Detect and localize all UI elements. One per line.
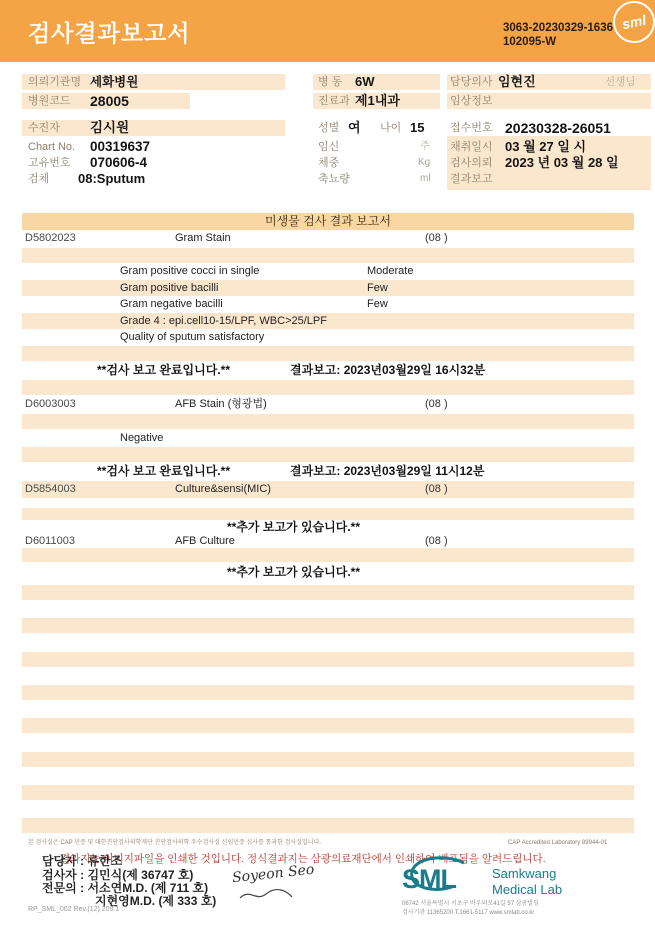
value-hospital-code: 28005 [90,93,129,109]
value-unique-no: 070606-4 [90,155,147,171]
unit-ml: ml [420,171,431,187]
empty-row [22,508,634,520]
test-code: D6011003 [25,534,75,548]
empty-row [22,618,634,633]
specimen-code: (08 ) [425,534,448,548]
value-ward: 6W [355,74,375,90]
value-sex: 여 [348,120,361,136]
unit-kg: Kg [418,155,430,171]
empty-row [22,652,634,667]
label-request-date: 검사의뢰 [450,155,493,171]
completion-notice: **검사 보고 완료입니다.** [97,361,230,380]
unit-weeks: 주 [420,139,430,155]
label-unique-no: 고유번호 [28,155,71,171]
empty-row [22,718,634,733]
test-name: AFB Stain (형광법) [175,395,267,414]
sml-address: 06742 서울특별시 서초구 바우뫼로41길 57 삼광빌딩 [402,898,539,907]
report-number-suffix: 102095-W [503,36,556,48]
test-name: Culture&sensi(MIC) [175,481,271,498]
lab-report-page: 검사결과보고서 3063-20230329-1636 102095-W sml … [0,0,655,925]
value-doctor: 임현진 [498,74,536,90]
report-timestamp: 결과보고: 2023년03월29일 16시32분 [290,361,485,380]
empty-row [22,818,634,833]
table-row-detail: Quality of sputum satisfactory [22,329,634,346]
label-urine-volume: 축뇨량 [318,171,350,187]
detail-name: Gram negative bacilli [120,296,223,313]
empty-row [22,585,634,600]
test-name: Gram Stain [175,230,231,247]
label-clinical-info: 임상정보 [450,93,493,109]
table-row-detail: Grade 4 : epi.cell10-15/LPF, WBC>25/LPF [22,313,634,329]
label-chart-no: Chart No. [28,139,75,155]
value-request-date: 2023 년 03 월 28 일 [505,155,619,171]
sml-company-name-2: Medical Lab [492,882,562,897]
empty-row [22,248,634,263]
value-collection-date: 03 월 27 일 시 [505,139,586,155]
empty-row [22,685,634,700]
table-row-notice: **추가 보고가 있습니다.** [22,520,634,534]
suffix-doctor: 선생님 [605,74,635,90]
report-number: 3063-20230329-1636 [503,22,613,34]
label-patient: 수진자 [28,120,60,136]
label-weight: 체중 [318,155,339,171]
detail-value: Few [367,280,388,297]
label-age: 나이 [380,120,401,136]
detail-name: Gram positive bacilli [120,280,218,297]
table-row-detail: Gram negative bacilli Few [22,296,634,313]
label-doctor: 담당의사 [450,74,493,90]
empty-row [22,346,634,361]
strip-patient-name [22,120,285,136]
value-specimen: 08:Sputum [78,171,145,187]
label-specimen: 검체 [28,171,49,187]
table-row-test: D6003003 AFB Stain (형광법) (08 ) [22,395,634,414]
table-row-test: D5802023 Gram Stain (08 ) [22,230,634,247]
test-code: D5854003 [25,481,76,498]
empty-row [22,752,634,767]
label-sex: 성별 [318,120,339,136]
label-report-date: 결과보고 [450,171,493,187]
test-code: D6003003 [25,395,76,414]
sml-contact: 검사기관 11365200 T.1661-5117 www.smlab.co.k… [402,907,534,916]
detail-name: Quality of sputum satisfactory [120,329,264,346]
empty-row [22,414,634,429]
detail-value: Moderate [367,263,413,280]
table-row-test: D6011003 AFB Culture (08 ) [22,534,634,548]
sml-company-name: Samkwang [492,866,556,881]
sml-logo-text: SML [402,864,456,895]
signature-scribble-icon [236,886,296,904]
value-patient: 김시원 [90,120,129,136]
label-hospital-code: 병원코드 [28,93,71,109]
header-bar: 검사결과보고서 3063-20230329-1636 102095-W sml [0,0,655,62]
specimen-code: (08 ) [425,481,448,498]
label-department: 진료과 [318,93,350,109]
specimen-code: (08 ) [425,230,448,247]
table-row-notice: **검사 보고 완료입니다.** 결과보고: 2023년03월29일 16시32… [22,361,634,380]
test-name: AFB Culture [175,534,235,548]
specimen-code: (08 ) [425,395,448,414]
value-accession-no: 20230328-26051 [505,120,611,136]
empty-row [22,447,634,462]
detail-name: Gram positive cocci in single [120,263,259,280]
additional-report-notice: **추가 보고가 있습니다.** [227,564,360,580]
detail-value: Few [367,296,388,313]
label-ward: 병 동 [318,74,342,90]
sml-circle-logo-icon: sml [613,1,655,43]
table-row-detail: Gram positive cocci in single Moderate [22,263,634,280]
value-hospital: 세화병원 [90,74,138,90]
value-chart-no: 00319637 [90,139,150,155]
section-title: 미생물 검사 결과 보고서 [22,213,634,230]
label-hospital: 의뢰기관명 [28,74,81,90]
label-collection-date: 채취일시 [450,139,493,155]
document-code: RP_SML_002 Rev.(12) 209.1 [28,906,119,913]
report-timestamp: 결과보고: 2023년03월29일 11시12분 [290,462,484,481]
empty-row [22,785,634,800]
label-pregnancy: 임신 [318,139,339,155]
table-row-notice: **검사 보고 완료입니다.** 결과보고: 2023년03월29일 11시12… [22,462,634,481]
empty-row [22,380,634,395]
table-row-test: D5854003 Culture&sensi(MIC) (08 ) [22,481,634,498]
additional-report-notice: **추가 보고가 있습니다.** [227,520,360,534]
accreditation-text: 본 검사실은 CAP 인증 및 대한진단검사의학재단 진단검사의학 우수검사실 … [28,839,321,847]
detail-name: Grade 4 : epi.cell10-15/LPF, WBC>25/LPF [120,313,327,330]
cap-accreditation-text: CAP Accredited Laboratory 89944-01 [508,839,607,847]
value-department: 제1내과 [355,93,400,109]
test-code: D5802023 [25,230,76,247]
table-row-notice: **추가 보고가 있습니다.** [22,564,634,580]
page-title: 검사결과보고서 [28,15,191,48]
table-row-detail: Gram positive bacilli Few [22,280,634,296]
empty-row [22,548,634,562]
completion-notice: **검사 보고 완료입니다.** [97,462,230,481]
detail-name: Negative [120,429,163,447]
label-accession-no: 접수번호 [450,120,493,136]
table-row-detail: Negative [22,429,634,447]
value-age: 15 [410,120,424,136]
